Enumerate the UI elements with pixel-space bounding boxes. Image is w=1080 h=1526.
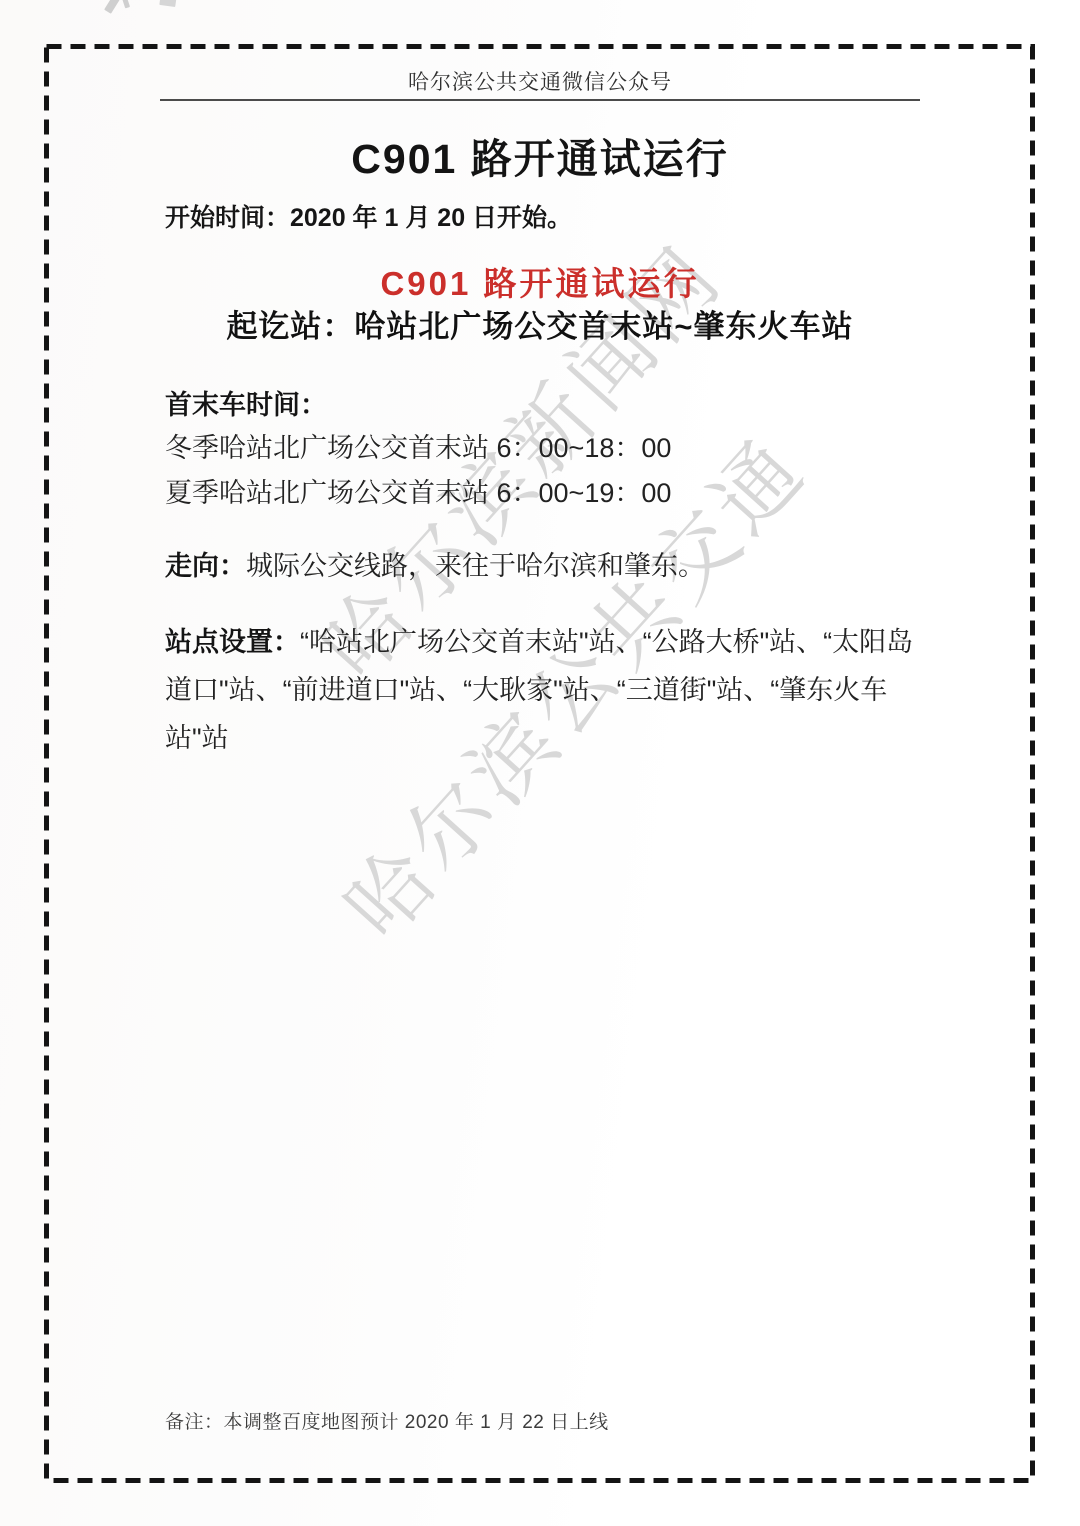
start-time-line: 开始时间：2020 年 1 月 20 日开始。 — [165, 198, 572, 234]
schedule-summer-line: 夏季哈站北广场公交首末站 6：00~19：00 — [165, 471, 671, 510]
document-page: 哈尔滨新闻网 哈尔滨公共交通 哈尔滨公共交通微信公众号 C901 路开通试运行 … — [0, 0, 1080, 1526]
direction-label: 走向： — [165, 551, 246, 581]
footer-note: 备注：本调整百度地图预计 2020 年 1 月 22 日上线 — [165, 1407, 609, 1434]
stations-paragraph: 站点设置：“哈站北广场公交首末站"站、“公路大桥"站、“太阳岛道口"站、“前进道… — [165, 618, 940, 762]
direction-paragraph: 走向：城际公交线路，来往于哈尔滨和肇东。 — [165, 544, 705, 583]
header-divider — [160, 99, 920, 101]
page-title: C901 路开通试运行 — [0, 126, 1080, 185]
section-title-red: C901 路开通试运行 — [0, 258, 1080, 305]
schedule-winter-line: 冬季哈站北广场公交首末站 6：00~18：00 — [165, 426, 671, 465]
stations-label: 站点设置： — [165, 627, 300, 657]
direction-text: 城际公交线路，来往于哈尔滨和肇东。 — [246, 551, 705, 581]
account-header: 哈尔滨公共交通微信公众号 — [0, 66, 1080, 96]
schedule-label: 首末车时间： — [165, 383, 327, 422]
route-endpoints-subtitle: 起讫站：哈站北广场公交首末站~肇东火车站 — [0, 301, 1080, 346]
